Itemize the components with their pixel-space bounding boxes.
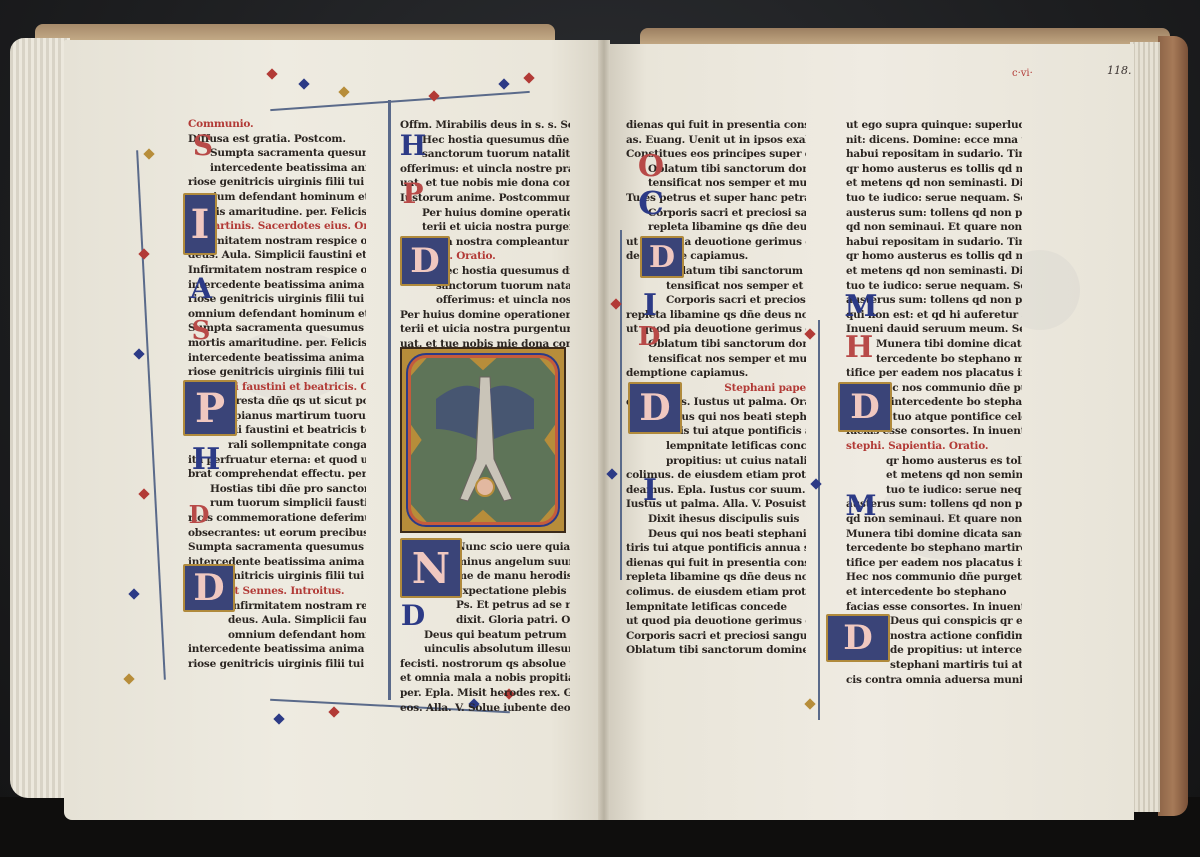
initial-letter: D <box>636 322 662 352</box>
text-line: repleta libamine qs dñe deus noster <box>626 220 806 235</box>
text-line: omnium defendant hominum et eterne <box>188 307 366 322</box>
text-line: et metens qd non seminasti. Dicit ei. De… <box>846 468 1022 483</box>
vine-stem-right-inner <box>620 230 622 580</box>
initial-letter: P <box>400 178 426 208</box>
text-line: uinculis absolutum illesum abire <box>400 642 570 657</box>
leather-cover-edge <box>1158 36 1188 816</box>
text-line: tercedente bo stephano martire tuo atque… <box>846 541 1022 556</box>
text-line: Sumpta sacramenta quesumus dñe <box>188 321 366 336</box>
text-line: offerimus: et uincla nostre prauitatis a… <box>400 162 570 177</box>
text-line: qr homo austerus es tollis qd non posuis… <box>846 162 1022 177</box>
text-line: deus. Aula. Simplicii faustini et beatri… <box>188 613 366 628</box>
text-line: tiris tui atque pontificis annua sol <box>626 541 806 556</box>
text-line: et metens qd non seminasti. Dicit ei. De… <box>846 176 1022 191</box>
initial-letter: M <box>843 290 879 322</box>
initial-letter: D <box>186 500 212 528</box>
text-line: mortis amaritudine. per. Felicis pre <box>188 336 366 351</box>
text-line: habui repositam in sudario. Timui enim t… <box>846 235 1022 250</box>
initial-letter: M <box>843 490 879 520</box>
text-line: Dixit ihesus discipulis suis <box>626 512 806 527</box>
illuminated-initial: P <box>183 380 237 436</box>
vine-stem-right-center <box>818 320 820 720</box>
text-line: eos. Alla. V. Solue iubente deo terrarum… <box>400 701 570 716</box>
vine-stem-center-left <box>388 100 391 700</box>
text-line: nit: dicens. Domine: ecce mna tua quam <box>846 133 1022 148</box>
text-line: as. Euang. Uenit ut in ipsos exaltare. O… <box>626 133 806 148</box>
text-line: lempnitate letificas concede <box>626 439 806 454</box>
text-line: colimus. de eiusdem etiam protectione ga… <box>626 585 806 600</box>
text-line: propitius: ut cuius natalitia <box>626 454 806 469</box>
text-line: cis contra omnia aduersa muniamur. p. <box>846 673 1022 688</box>
text-line: ut ego supra quinque: superlucratus sum.… <box>846 118 1022 133</box>
text-line: Oblatum tibi sanctorum domine in <box>626 643 806 658</box>
text-line: et intercedente bo stephano <box>846 585 1022 600</box>
text-line: lempnitate letificas concede <box>626 600 806 615</box>
initial-letter: S <box>190 130 216 160</box>
text-line: Infirmitatem nostram respice omps <box>188 263 366 278</box>
text-line: riose genitricis uirginis filii tui nos … <box>188 175 366 190</box>
illuminated-initial: D <box>640 236 684 278</box>
text-line: et metens qd non seminasti. Dicit ei. De… <box>846 264 1022 279</box>
illuminated-initial: D <box>838 382 892 432</box>
text-line: tensificat nos semper et muniat. per. Co… <box>626 352 806 367</box>
text-line: intercedente beatissima anima nostr glo <box>188 278 366 293</box>
text-line: Hec nos communio dñe purget. Postco. <box>846 570 1022 585</box>
text-line: repleta libamine qs dñe deus noster <box>626 570 806 585</box>
text-line: intercedente beatissima anima nostr glo <box>188 161 366 176</box>
text-line: Hostias tibi dñe pro sanctorum marti <box>188 482 366 497</box>
text-line: offerimus: et uincla nostre prauitatis a… <box>400 293 570 308</box>
folio-number: 118. <box>1107 64 1132 77</box>
text-line: demptione capiamus. <box>626 366 806 381</box>
gutter <box>598 40 610 820</box>
text-line: omnium defendant hominum et eterne <box>188 628 366 643</box>
text-line: dienas qui fuit in presentia conspecta r… <box>626 118 806 133</box>
initial-letter: I <box>640 470 660 510</box>
initial-letter: H <box>400 130 426 160</box>
text-line: qr homo austerus es tollis qd non posuis… <box>846 249 1022 264</box>
page-block-right <box>1130 42 1160 812</box>
text-line: Per huius domine operationem mis <box>400 308 570 323</box>
illuminated-initial: D <box>628 382 682 434</box>
text-line: Per huius domine operationem mis <box>400 206 570 221</box>
text-line: obsecrantes: ut eorum precibus salutem <box>188 526 366 541</box>
initial-letter: D <box>398 600 428 630</box>
text-line: Sumpta sacramenta quesumus dñe <box>188 540 366 555</box>
text-line: dienas qui fuit in presentia conspecta r… <box>626 556 806 571</box>
text-line: intercedente beatissima anima nostr glo <box>188 351 366 366</box>
text-line: stephi. Sapientia. Oratio. <box>846 439 1022 454</box>
illuminated-initial: N <box>400 538 462 598</box>
text-line: intercedente beatissima anima nostr glo <box>188 642 366 657</box>
inverted-figure-icon <box>432 369 538 515</box>
text-line: rum tuorum simplicii faustini et beat <box>188 496 366 511</box>
text-line: facias esse consortes. In inuentione sci <box>846 600 1022 615</box>
text-line: tifice per eadem nos placatus intende. C… <box>846 366 1022 381</box>
text-line: fecisti. nostrorum qs absolue uincla del… <box>400 657 570 672</box>
text-line: per. Epla. Misit herodes rex. Gr. Consti… <box>400 686 570 701</box>
text-line: riose genitricis uirginis filii tui nos … <box>188 657 366 672</box>
illuminated-initial: D <box>400 236 450 286</box>
text-line: Corporis sacri et preciosi sanguinis <box>626 629 806 644</box>
text-line: tifice per eadem nos placatus intende. C… <box>846 556 1022 571</box>
text-line: riose genitricis uirginis filii tui nos … <box>188 365 366 380</box>
text-line: Munera tibi domine dicata sanctifica: et… <box>846 527 1022 542</box>
initial-letter: H <box>843 330 875 364</box>
initial-letter: S <box>188 316 214 346</box>
initial-letter: O <box>636 150 666 182</box>
initial-letter: C <box>636 186 666 220</box>
text-line: et omnia mala a nobis propitiatus exclui… <box>400 671 570 686</box>
page-block-left <box>10 38 70 798</box>
running-head: c·vi· <box>1012 68 1033 79</box>
text-line: ricis commemoratione deferimus supplices <box>188 511 366 526</box>
text-line: habui repositam in sudario. Timui enim t… <box>846 147 1022 162</box>
text-line: terii et uicia nostra purgentur. et iust… <box>400 322 570 337</box>
initial-letter: I <box>640 285 660 325</box>
illuminated-initial: D <box>183 564 235 612</box>
illuminated-initial: D <box>826 614 890 662</box>
initial-letter: A <box>188 273 214 303</box>
text-line: austerus sum: tollens qd non posui et me… <box>846 206 1022 221</box>
text-line: tuo te iudico: serue nequam. Sciebas qr … <box>846 191 1022 206</box>
text-line: qd non seminaui. Et quare non dedisti <box>846 220 1022 235</box>
text-line: terii et uicia nostra purgentur. et iust… <box>400 220 570 235</box>
text-line: qr homo austerus es tollis qd non posuis… <box>846 454 1022 469</box>
initial-letter: H <box>186 443 226 475</box>
text-line: Deus qui nos beati stephani mar <box>626 527 806 542</box>
text-line: riose genitricis uirginis filii tui nos … <box>188 292 366 307</box>
miniature-crucifixion-of-st-peter <box>400 347 566 533</box>
illuminated-initial: I <box>183 193 217 255</box>
text-line: ut quod pia deuotione gerimus certa re <box>626 614 806 629</box>
